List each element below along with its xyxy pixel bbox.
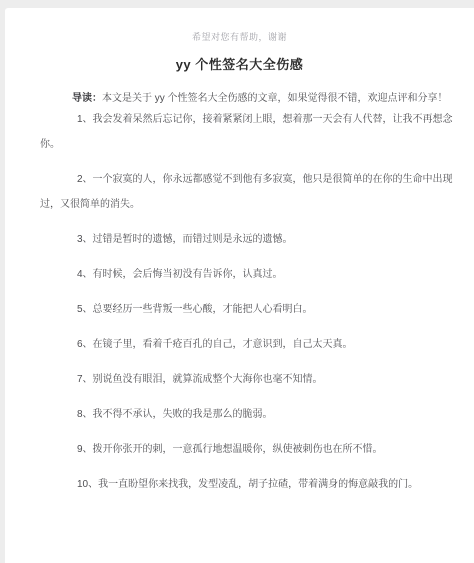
signature-item-9: 9、拨开你张开的刺，一意孤行地想温暖你，纵使被刺伤也在所不惜。 xyxy=(40,437,457,462)
signature-item-8: 8、我不得不承认，失败的我是那么的脆弱。 xyxy=(40,402,457,427)
signature-item-5: 5、总要经历一些背叛一些心酸，才能把人心看明白。 xyxy=(40,297,457,322)
header-note: 希望对您有帮助，谢谢 xyxy=(5,32,474,43)
intro-label: 导读： xyxy=(72,93,102,104)
signature-item-10: 10、我一直盼望你来找我，发型凌乱，胡子拉碴，带着满身的悔意敲我的门。 xyxy=(40,472,457,497)
signature-item-6: 6、在镜子里，看着千疮百孔的自己，才意识到，自己太天真。 xyxy=(40,332,457,357)
signature-item-4: 4、有时候，会后悔当初没有告诉你，认真过。 xyxy=(40,262,457,287)
doc-body: 导读：本文是关于 yy 个性签名大全伤感的文章，如果觉得很不错，欢迎点评和分享！… xyxy=(5,91,474,497)
signature-item-7: 7、别说鱼没有眼泪，就算流成整个大海你也毫不知情。 xyxy=(40,367,457,392)
intro-paragraph: 导读：本文是关于 yy 个性签名大全伤感的文章，如果觉得很不错，欢迎点评和分享！ xyxy=(40,91,457,107)
signature-item-3: 3、过错是暂时的遗憾，而错过则是永远的遗憾。 xyxy=(40,227,457,252)
signature-item-2: 2、一个寂寞的人，你永远都感觉不到他有多寂寞，他只是很简单的在你的生命中出现过，… xyxy=(40,167,457,217)
signature-item-1: 1、我会发着呆然后忘记你，接着紧紧闭上眼，想着那一天会有人代替，让我不再想念你。 xyxy=(40,107,457,157)
intro-text: 本文是关于 yy 个性签名大全伤感的文章，如果觉得很不错，欢迎点评和分享！ xyxy=(102,93,448,104)
doc-title: yy 个性签名大全伤感 xyxy=(5,56,474,74)
document-page: 希望对您有帮助，谢谢 yy 个性签名大全伤感 导读：本文是关于 yy 个性签名大… xyxy=(5,8,474,563)
